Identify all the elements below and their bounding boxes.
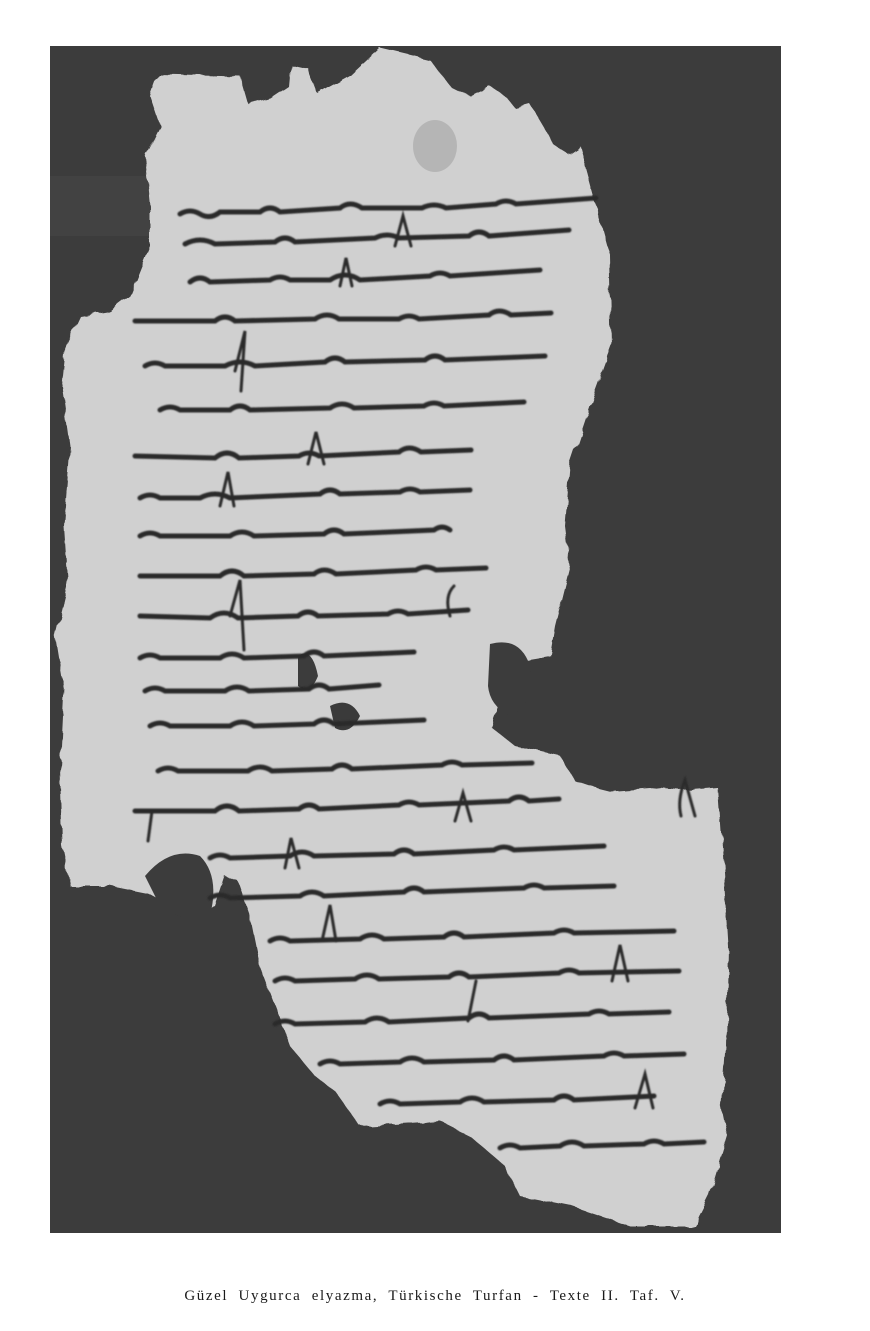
manuscript-photo-plate — [50, 46, 781, 1233]
figure-caption: Güzel Uygurca elyazma, Türkische Turfan … — [0, 1288, 870, 1305]
manuscript-fragment-image — [50, 46, 781, 1233]
